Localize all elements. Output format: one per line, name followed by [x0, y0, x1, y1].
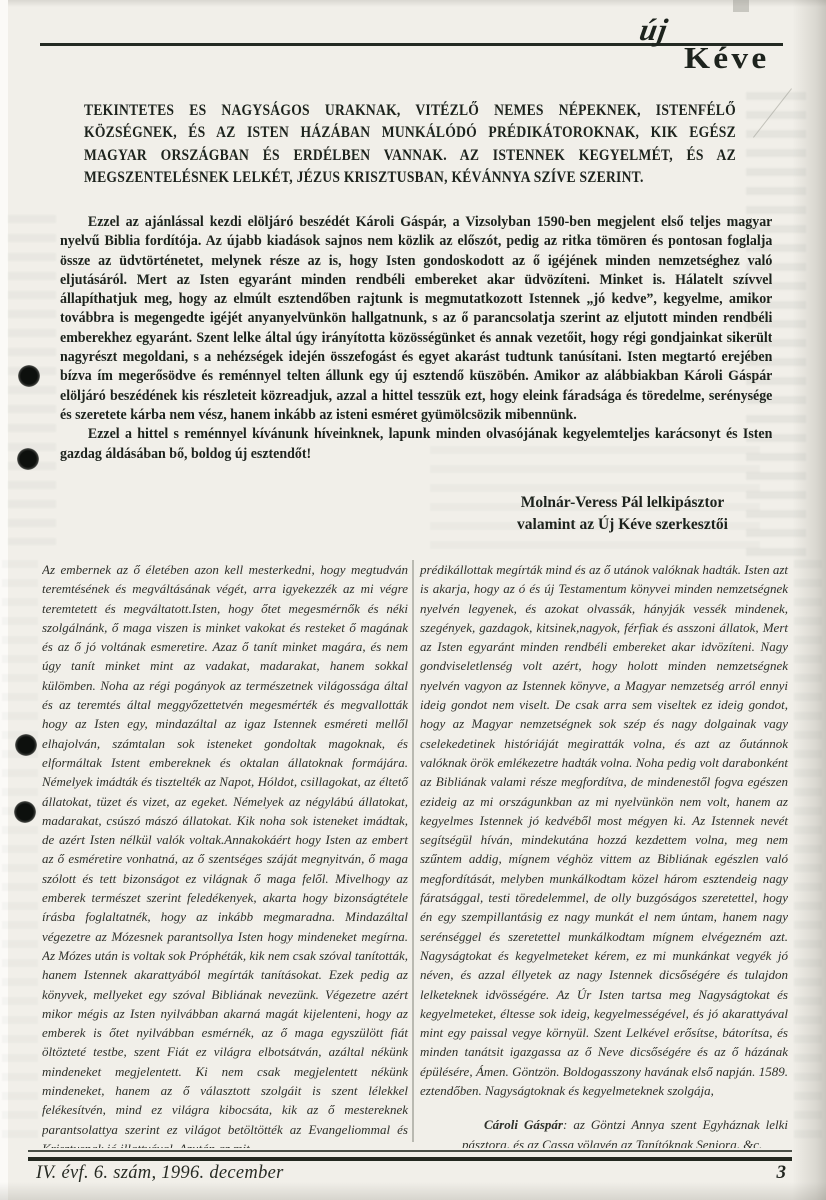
- scan-corner-mark: [733, 0, 749, 12]
- scan-edge-bottom: [0, 1182, 826, 1200]
- signature-line-2: valamint az Új Kéve szerkesztői: [450, 514, 795, 536]
- dedication-text: TEKINTETES ES NAGYSÁGOS URAKNAK, VITÉZLŐ…: [84, 100, 736, 190]
- closing-credit-name: Cároli Gáspár: [484, 1117, 563, 1132]
- bleed-through-ghost: [2, 560, 38, 1140]
- column-left-text: Az embernek az ő életében azon kell mest…: [42, 560, 408, 1148]
- scan-edge-right: [792, 0, 826, 1200]
- intro-paragraph-1: Ezzel az ajánlással kezdi elöljáró beszé…: [60, 213, 772, 425]
- closing-credit: Cároli Gáspár: az Göntzi Annya szent Egy…: [420, 1115, 788, 1148]
- column-right-text: prédikállottak megírták mind és az ő utá…: [420, 560, 788, 1100]
- footer-issue-line: IV. évf. 6. szám, 1996. december: [36, 1163, 284, 1184]
- column-divider: [412, 560, 414, 1142]
- scan-edge-left: [0, 0, 8, 1200]
- bleed-through-ghost: [794, 560, 822, 1140]
- scan-edge-top: [0, 0, 826, 7]
- signature-line-1: Molnár-Veress Pál lelkipásztor: [450, 492, 795, 514]
- footer: IV. évf. 6. szám, 1996. december 3: [36, 1162, 792, 1184]
- column-left: Az embernek az ő életében azon kell mest…: [42, 560, 408, 1148]
- scanned-newsletter-page: új Kéve TEKINTETES ES NAGYSÁGOS URAKNAK,…: [0, 0, 826, 1200]
- footer-page-number: 3: [777, 1162, 793, 1184]
- masthead-logo-name: Kéve: [684, 40, 769, 76]
- hole-punch: [14, 801, 36, 823]
- hole-punch: [15, 734, 37, 756]
- hole-punch: [18, 365, 40, 387]
- signature-block: Molnár-Veress Pál lelkipásztor valamint …: [450, 492, 795, 536]
- dedication-block: TEKINTETES ES NAGYSÁGOS URAKNAK, VITÉZLŐ…: [84, 100, 736, 192]
- column-right: prédikállottak megírták mind és az ő utá…: [420, 560, 788, 1148]
- hole-punch: [17, 448, 39, 470]
- scan-scratch: [753, 88, 792, 137]
- preface-columns: Az embernek az ő életében azon kell mest…: [42, 560, 790, 1148]
- footer-rule: [28, 1150, 792, 1161]
- intro-block: Ezzel az ajánlással kezdi elöljáró beszé…: [60, 213, 772, 497]
- intro-paragraph-2: Ezzel a hittel s reménnyel kívánunk híve…: [60, 425, 772, 464]
